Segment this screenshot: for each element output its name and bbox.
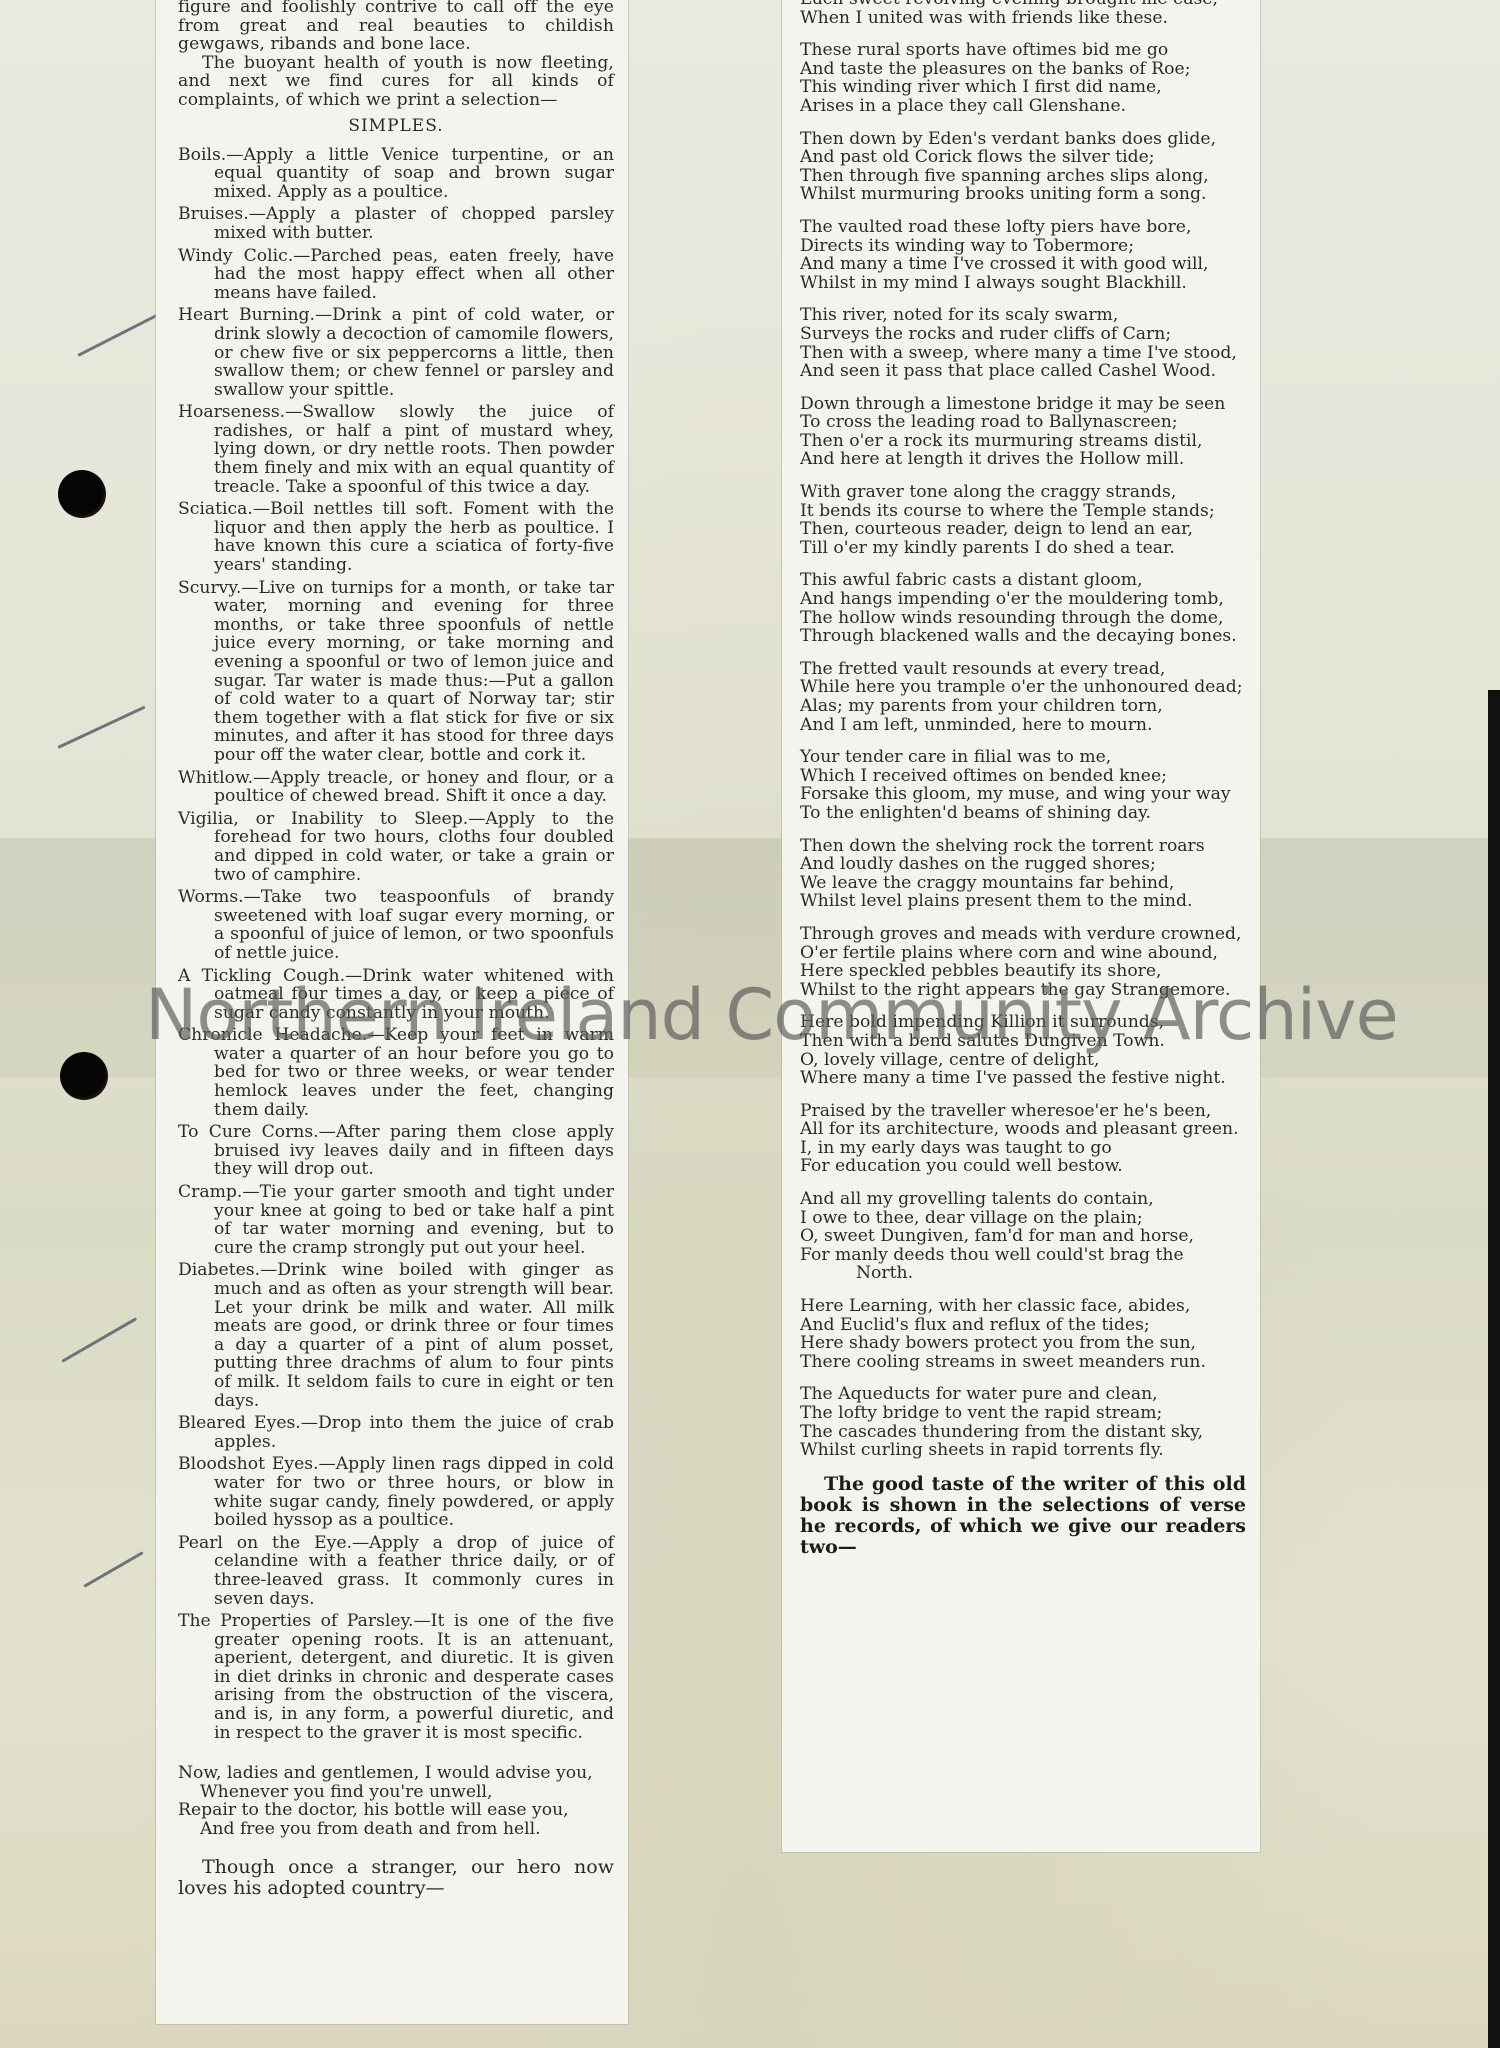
remedy-entry: Sciatica.—Boil nettles till soft. Foment…	[178, 500, 614, 574]
newspaper-clipping-poem: Each sweet revolving evening brought me …	[782, 0, 1260, 1852]
remedy-name: Sciatica.	[178, 499, 253, 519]
poem-stanzas: Each sweet revolving evening brought me …	[800, 0, 1246, 1460]
remedy-name: Scurvy.	[178, 578, 241, 598]
verse-line: To cross the leading road to Ballynascre…	[800, 413, 1246, 432]
poem-stanza: And all my grovelling talents do contain…	[800, 1190, 1246, 1283]
verse-line: O'er fertile plains where corn and wine …	[800, 944, 1246, 963]
verse-line: Then with a sweep, where many a time I'v…	[800, 344, 1246, 363]
verse-line: And many a time I've crossed it with goo…	[800, 255, 1246, 274]
poem-stanza: The vaulted road these lofty piers have …	[800, 218, 1246, 292]
verse-line: Repair to the doctor, his bottle will ea…	[178, 1801, 614, 1820]
remedy-text: —It is one of the five greater opening r…	[214, 1611, 614, 1743]
remedy-entry: The Properties of Parsley.—It is one of …	[178, 1612, 614, 1742]
verse-line: Your tender care in filial was to me,	[800, 748, 1246, 767]
verse-line: Whilst curling sheets in rapid torrents …	[800, 1441, 1246, 1460]
remedy-text: —Take two teaspoonfuls of brandy sweeten…	[214, 887, 614, 963]
remedy-name: Bruises.	[178, 204, 249, 224]
verse-line: Through groves and meads with verdure cr…	[800, 925, 1246, 944]
remedy-text: —Drink wine boiled with ginger as much a…	[214, 1260, 614, 1410]
verse-line: And all my grovelling talents do contain…	[800, 1190, 1246, 1209]
verse-line: When I united was with friends like thes…	[800, 9, 1246, 28]
verse-line: Forsake this gloom, my muse, and wing yo…	[800, 785, 1246, 804]
verse-line: Here shady bowers protect you from the s…	[800, 1334, 1246, 1353]
poem-stanza: Down through a limestone bridge it may b…	[800, 395, 1246, 469]
punch-hole	[58, 470, 106, 518]
verse-line: These rural sports have oftimes bid me g…	[800, 41, 1246, 60]
remedy-name: Whitlow.	[178, 768, 253, 788]
verse-line: It bends its course to where the Temple …	[800, 502, 1246, 521]
verse-line: Praised by the traveller wheresoe'er he'…	[800, 1102, 1246, 1121]
remedy-text: —Apply a little Venice turpentine, or an…	[214, 145, 614, 202]
remedy-name: The Properties of Parsley.	[178, 1611, 413, 1631]
poem-stanza: This river, noted for its scaly swarm,Su…	[800, 306, 1246, 380]
verse-line: Then down by Eden's verdant banks does g…	[800, 130, 1246, 149]
verse-line: This awful fabric casts a distant gloom,	[800, 571, 1246, 590]
verse-line: The cascades thundering from the distant…	[800, 1423, 1246, 1442]
verse-line: Directs its winding way to Tobermore;	[800, 237, 1246, 256]
verse-line: Then down the shelving rock the torrent …	[800, 837, 1246, 856]
verse-line: And hangs impending o'er the mouldering …	[800, 590, 1246, 609]
archive-watermark: Northern Ireland Community Archive	[145, 975, 1355, 1055]
verse-line: This river, noted for its scaly swarm,	[800, 306, 1246, 325]
poem-stanza: Each sweet revolving evening brought me …	[800, 0, 1246, 27]
verse-line: I, in my early days was taught to go	[800, 1139, 1246, 1158]
verse-line: To the enlighten'd beams of shining day.	[800, 804, 1246, 823]
poem-stanza: This awful fabric casts a distant gloom,…	[800, 571, 1246, 645]
remedy-entry: Pearl on the Eye.—Apply a drop of juice …	[178, 1534, 614, 1608]
verse-line: Here Learning, with her classic face, ab…	[800, 1297, 1246, 1316]
poem-stanza: These rural sports have oftimes bid me g…	[800, 41, 1246, 115]
verse-line: O, sweet Dungiven, fam'd for man and hor…	[800, 1227, 1246, 1246]
remedy-list: Boils.—Apply a little Venice turpentine,…	[178, 146, 614, 1743]
remedy-entry: Whitlow.—Apply treacle, or honey and flo…	[178, 769, 614, 806]
verse-line: The hollow winds resounding through the …	[800, 609, 1246, 628]
remedy-name: Bloodshot Eyes.	[178, 1454, 319, 1474]
remedy-entry: Worms.—Take two teaspoonfuls of brandy s…	[178, 888, 614, 962]
verse-line: Where many a time I've passed the festiv…	[800, 1069, 1246, 1088]
verse-line: I owe to thee, dear village on the plain…	[800, 1209, 1246, 1228]
remedy-name: Diabetes.	[178, 1260, 260, 1280]
verse-line: Then through five spanning arches slips …	[800, 167, 1246, 186]
verse-line: We leave the craggy mountains far behind…	[800, 874, 1246, 893]
closing-paragraph-right: The good taste of the writer of this old…	[800, 1474, 1246, 1558]
remedy-name: Vigilia, or Inability to Sleep.	[178, 809, 468, 829]
verse-line: Alas; my parents from your children torn…	[800, 697, 1246, 716]
verse-line: And free you from death and from hell.	[178, 1820, 614, 1839]
verse-line: Down through a limestone bridge it may b…	[800, 395, 1246, 414]
poem-stanza: Your tender care in filial was to me,Whi…	[800, 748, 1246, 822]
closing-paragraph: Though once a stranger, our hero now lov…	[178, 1857, 614, 1899]
intro-partial: figure and foolishly contrive to call of…	[178, 0, 614, 54]
remedy-entry: Bruises.—Apply a plaster of chopped pars…	[178, 205, 614, 242]
verse-line: And past old Corick flows the silver tid…	[800, 148, 1246, 167]
remedy-entry: Windy Colic.—Parched peas, eaten freely,…	[178, 247, 614, 303]
remedy-entry: Bloodshot Eyes.—Apply linen rags dipped …	[178, 1455, 614, 1529]
remedy-entry: Cramp.—Tie your garter smooth and tight …	[178, 1183, 614, 1257]
verse-line: While here you trample o'er the unhonour…	[800, 678, 1246, 697]
verse-line: All for its architecture, woods and plea…	[800, 1120, 1246, 1139]
verse-line: With graver tone along the craggy strand…	[800, 483, 1246, 502]
remedy-name: Cramp.	[178, 1182, 242, 1202]
verse-line: There cooling streams in sweet meanders …	[800, 1353, 1246, 1372]
verse-line: The vaulted road these lofty piers have …	[800, 218, 1246, 237]
remedy-name: Pearl on the Eye.	[178, 1533, 352, 1553]
remedy-entry: Boils.—Apply a little Venice turpentine,…	[178, 146, 614, 202]
page-edge-shadow	[1488, 690, 1500, 2048]
poem-stanza: Then down by Eden's verdant banks does g…	[800, 130, 1246, 204]
poem-stanza: Then down the shelving rock the torrent …	[800, 837, 1246, 911]
remedy-entry: Hoarseness.—Swallow slowly the juice of …	[178, 403, 614, 496]
verse-line: Whilst murmuring brooks uniting form a s…	[800, 185, 1246, 204]
verse-line: Then o'er a rock its murmuring streams d…	[800, 432, 1246, 451]
remedy-name: Boils.	[178, 145, 226, 165]
remedy-name: Hoarseness.	[178, 402, 285, 422]
closing-verse: Now, ladies and gentlemen, I would advis…	[178, 1764, 614, 1838]
verse-line: And here at length it drives the Hollow …	[800, 450, 1246, 469]
remedy-entry: Vigilia, or Inability to Sleep.—Apply to…	[178, 810, 614, 884]
remedy-name: Bleared Eyes.	[178, 1413, 301, 1433]
verse-line: And seen it pass that place called Cashe…	[800, 362, 1246, 381]
remedy-text: —Apply a plaster of chopped parsley mixe…	[214, 204, 614, 243]
remedy-name: Worms.	[178, 887, 244, 907]
poem-stanza: With graver tone along the craggy strand…	[800, 483, 1246, 557]
verse-line: For manly deeds thou well could'st brag …	[800, 1246, 1246, 1283]
verse-line: Whilst level plains present them to the …	[800, 892, 1246, 911]
verse-line: The fretted vault resounds at every trea…	[800, 660, 1246, 679]
remedy-entry: Heart Burning.—Drink a pint of cold wate…	[178, 306, 614, 399]
verse-line: Whenever you find you're unwell,	[178, 1783, 614, 1802]
poem-stanza: The fretted vault resounds at every trea…	[800, 660, 1246, 734]
poem-stanza: Here Learning, with her classic face, ab…	[800, 1297, 1246, 1371]
verse-line: Whilst in my mind I always sought Blackh…	[800, 274, 1246, 293]
verse-line: Which I received oftimes on bended knee;	[800, 767, 1246, 786]
remedy-entry: Diabetes.—Drink wine boiled with ginger …	[178, 1261, 614, 1410]
verse-line: Till o'er my kindly parents I do shed a …	[800, 539, 1246, 558]
poem-stanza: Praised by the traveller wheresoe'er he'…	[800, 1102, 1246, 1176]
verse-line: And taste the pleasures on the banks of …	[800, 60, 1246, 79]
verse-line: Then, courteous reader, deign to lend an…	[800, 520, 1246, 539]
verse-line: The lofty bridge to vent the rapid strea…	[800, 1404, 1246, 1423]
remedy-entry: Scurvy.—Live on turnips for a month, or …	[178, 579, 614, 765]
remedy-text: —Tie your garter smooth and tight under …	[214, 1182, 614, 1258]
remedy-name: Heart Burning.	[178, 305, 315, 325]
remedy-name: To Cure Corns.	[178, 1122, 319, 1142]
remedy-entry: Bleared Eyes.—Drop into them the juice o…	[178, 1414, 614, 1451]
verse-line: Arises in a place they call Glenshane.	[800, 97, 1246, 116]
verse-line: And I am left, unminded, here to mourn.	[800, 716, 1246, 735]
poem-stanza: The Aqueducts for water pure and clean,T…	[800, 1385, 1246, 1459]
verse-line: Through blackened walls and the decaying…	[800, 627, 1246, 646]
verse-line: Now, ladies and gentlemen, I would advis…	[178, 1764, 614, 1783]
remedy-name: Windy Colic.	[178, 246, 293, 266]
verse-line: For education you could well bestow.	[800, 1157, 1246, 1176]
section-heading: SIMPLES.	[178, 116, 614, 136]
verse-line: The Aqueducts for water pure and clean,	[800, 1385, 1246, 1404]
remedy-text: —Live on turnips for a month, or take ta…	[214, 578, 614, 765]
verse-line: Surveys the rocks and ruder cliffs of Ca…	[800, 325, 1246, 344]
remedy-text: —Apply treacle, or honey and flour, or a…	[214, 768, 614, 807]
verse-line: And Euclid's flux and reflux of the tide…	[800, 1316, 1246, 1335]
remedy-entry: To Cure Corns.—After paring them close a…	[178, 1123, 614, 1179]
punch-hole	[60, 1052, 108, 1100]
verse-line: And loudly dashes on the rugged shores;	[800, 855, 1246, 874]
intro-paragraph: The buoyant health of youth is now fleet…	[178, 54, 614, 110]
verse-line: This winding river which I first did nam…	[800, 78, 1246, 97]
remedy-text: —Boil nettles till soft. Foment with the…	[214, 499, 614, 575]
